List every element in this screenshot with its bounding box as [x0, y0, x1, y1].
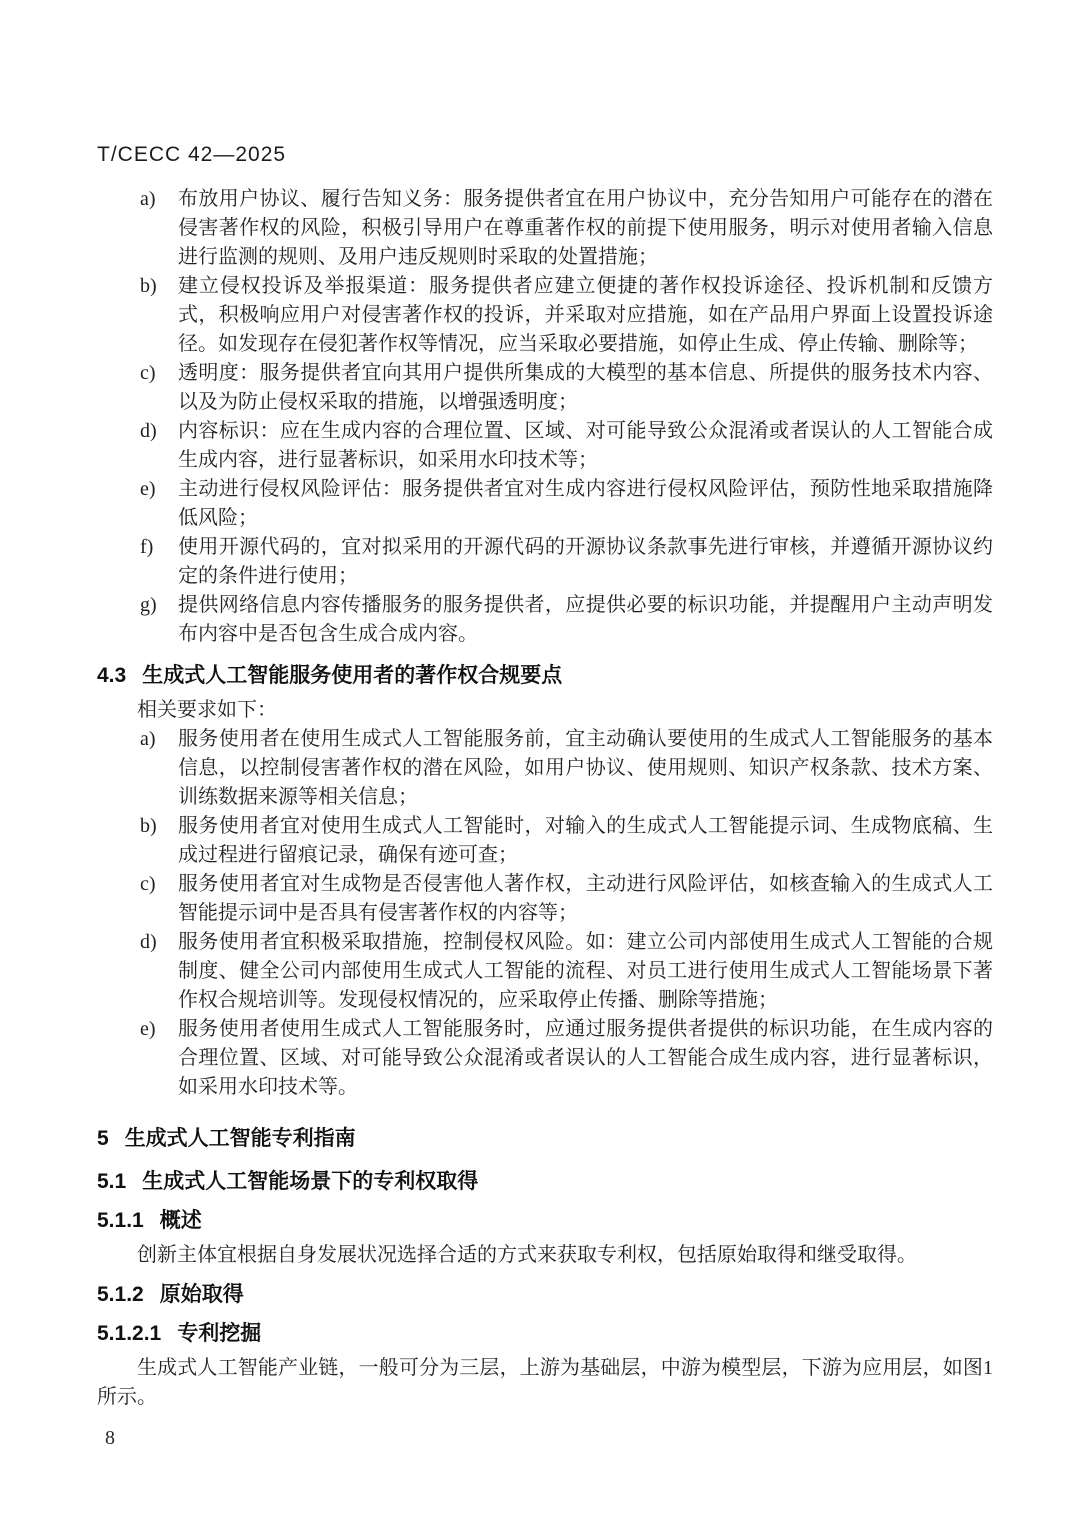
item-marker: a): [140, 185, 178, 272]
heading-title: 专利挖掘: [177, 1322, 261, 1345]
item-marker: g): [140, 591, 178, 649]
list-item: g) 提供网络信息内容传播服务的服务提供者，应提供必要的标识功能，并提醒用户主动…: [140, 591, 993, 649]
document-header: T/CECC 42—2025: [97, 140, 993, 169]
heading-number: 5.1.2.1: [97, 1322, 161, 1345]
list-item: f) 使用开源代码的，宜对拟采用的开源代码的开源协议条款事先进行审核，并遵循开源…: [140, 533, 993, 591]
item-marker: b): [140, 272, 178, 359]
provider-compliance-list: a) 布放用户协议、履行告知义务：服务提供者宜在用户协议中，充分告知用户可能存在…: [97, 185, 993, 649]
item-text: 使用开源代码的，宜对拟采用的开源代码的开源协议条款事先进行审核，并遵循开源协议约…: [178, 533, 993, 591]
paragraph-patent-mining: 生成式人工智能产业链，一般可分为三层，上游为基础层，中游为模型层，下游为应用层，…: [97, 1354, 993, 1412]
section-heading-5-1-1: 5.1.1概述: [97, 1206, 993, 1235]
heading-title: 生成式人工智能专利指南: [125, 1127, 356, 1150]
list-item: a) 布放用户协议、履行告知义务：服务提供者宜在用户协议中，充分告知用户可能存在…: [140, 185, 993, 272]
heading-number: 5.1.2: [97, 1283, 144, 1306]
section-heading-5: 5生成式人工智能专利指南: [97, 1124, 993, 1153]
list-item: e) 服务使用者使用生成式人工智能服务时，应通过服务提供者提供的标识功能，在生成…: [140, 1015, 993, 1102]
section-heading-5-1-2: 5.1.2原始取得: [97, 1280, 993, 1309]
intro-paragraph: 相关要求如下：: [97, 696, 993, 725]
item-text: 服务使用者宜对生成物是否侵害他人著作权，主动进行风险评估，如核查输入的生成式人工…: [178, 870, 993, 928]
item-text: 服务使用者在使用生成式人工智能服务前，宜主动确认要使用的生成式人工智能服务的基本…: [178, 725, 993, 812]
item-text: 内容标识：应在生成内容的合理位置、区域、对可能导致公众混淆或者误认的人工智能合成…: [178, 417, 993, 475]
heading-number: 5: [97, 1127, 109, 1150]
user-compliance-list: a) 服务使用者在使用生成式人工智能服务前，宜主动确认要使用的生成式人工智能服务…: [97, 725, 993, 1102]
item-marker: c): [140, 359, 178, 417]
section-heading-5-1-2-1: 5.1.2.1专利挖掘: [97, 1319, 993, 1348]
item-text: 服务使用者宜对使用生成式人工智能时，对输入的生成式人工智能提示词、生成物底稿、生…: [178, 812, 993, 870]
item-marker: d): [140, 928, 178, 1015]
item-text: 布放用户协议、履行告知义务：服务提供者宜在用户协议中，充分告知用户可能存在的潜在…: [178, 185, 993, 272]
item-marker: d): [140, 417, 178, 475]
list-item: e) 主动进行侵权风险评估：服务提供者宜对生成内容进行侵权风险评估，预防性地采取…: [140, 475, 993, 533]
heading-title: 概述: [160, 1209, 202, 1232]
item-marker: e): [140, 475, 178, 533]
list-item: c) 服务使用者宜对生成物是否侵害他人著作权，主动进行风险评估，如核查输入的生成…: [140, 870, 993, 928]
paragraph-overview: 创新主体宜根据自身发展状况选择合适的方式来获取专利权，包括原始取得和继受取得。: [97, 1241, 993, 1270]
item-text: 服务使用者宜积极采取措施，控制侵权风险。如：建立公司内部使用生成式人工智能的合规…: [178, 928, 993, 1015]
heading-title: 原始取得: [160, 1283, 244, 1306]
item-marker: a): [140, 725, 178, 812]
list-item: c) 透明度：服务提供者宜向其用户提供所集成的大模型的基本信息、所提供的服务技术…: [140, 359, 993, 417]
heading-number: 5.1: [97, 1170, 126, 1193]
section-heading-4-3: 4.3生成式人工智能服务使用者的著作权合规要点: [97, 661, 993, 690]
item-marker: b): [140, 812, 178, 870]
item-text: 提供网络信息内容传播服务的服务提供者，应提供必要的标识功能，并提醒用户主动声明发…: [178, 591, 993, 649]
list-item: a) 服务使用者在使用生成式人工智能服务前，宜主动确认要使用的生成式人工智能服务…: [140, 725, 993, 812]
list-item: b) 建立侵权投诉及举报渠道：服务提供者应建立便捷的著作权投诉途径、投诉机制和反…: [140, 272, 993, 359]
item-marker: c): [140, 870, 178, 928]
heading-number: 4.3: [97, 664, 126, 687]
heading-number: 5.1.1: [97, 1209, 144, 1232]
list-item: b) 服务使用者宜对使用生成式人工智能时，对输入的生成式人工智能提示词、生成物底…: [140, 812, 993, 870]
heading-title: 生成式人工智能场景下的专利权取得: [142, 1170, 478, 1193]
item-text: 服务使用者使用生成式人工智能服务时，应通过服务提供者提供的标识功能，在生成内容的…: [178, 1015, 993, 1102]
item-text: 透明度：服务提供者宜向其用户提供所集成的大模型的基本信息、所提供的服务技术内容、…: [178, 359, 993, 417]
list-item: d) 服务使用者宜积极采取措施，控制侵权风险。如：建立公司内部使用生成式人工智能…: [140, 928, 993, 1015]
section-heading-5-1: 5.1生成式人工智能场景下的专利权取得: [97, 1167, 993, 1196]
item-text: 主动进行侵权风险评估：服务提供者宜对生成内容进行侵权风险评估，预防性地采取措施降…: [178, 475, 993, 533]
page-number: 8: [105, 1424, 993, 1453]
item-marker: f): [140, 533, 178, 591]
heading-title: 生成式人工智能服务使用者的著作权合规要点: [142, 664, 562, 687]
document-page: T/CECC 42—2025 a) 布放用户协议、履行告知义务：服务提供者宜在用…: [0, 0, 1080, 1527]
item-text: 建立侵权投诉及举报渠道：服务提供者应建立便捷的著作权投诉途径、投诉机制和反馈方式…: [178, 272, 993, 359]
list-item: d) 内容标识：应在生成内容的合理位置、区域、对可能导致公众混淆或者误认的人工智…: [140, 417, 993, 475]
item-marker: e): [140, 1015, 178, 1102]
